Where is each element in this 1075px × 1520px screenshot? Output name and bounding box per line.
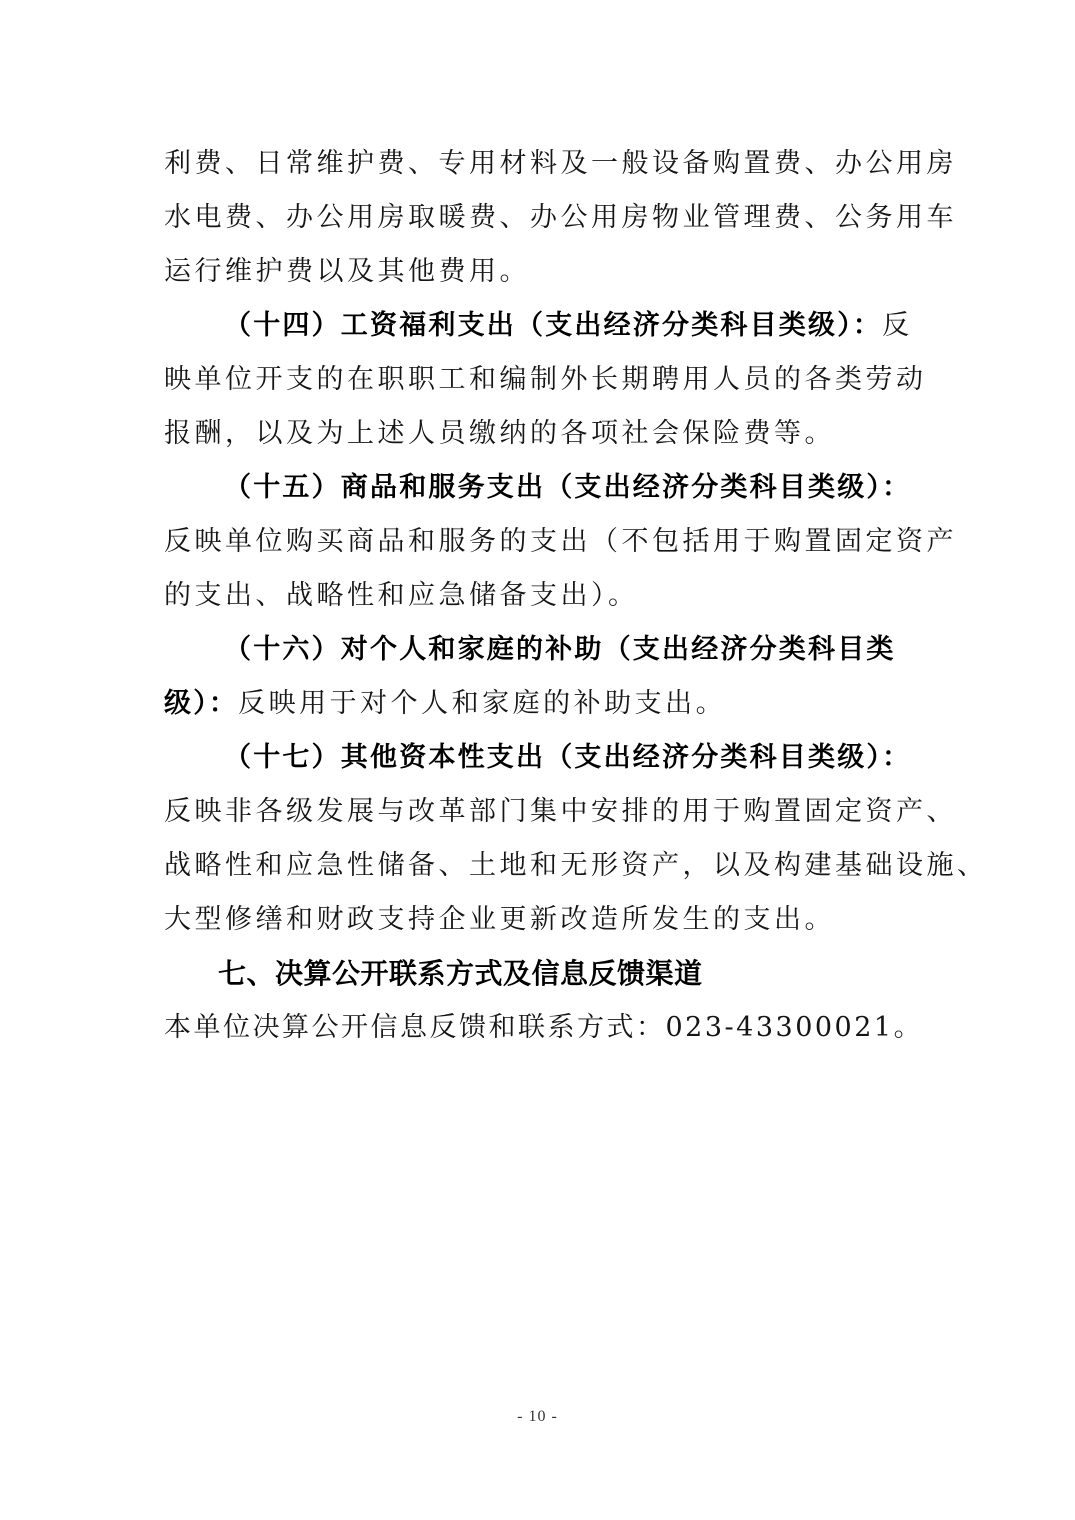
paragraph-line: 运行维护费以及其他费用。	[164, 254, 530, 290]
document-page: 利费、日常维护费、专用材料及一般设备购置费、办公用房 水电费、办公用房取暖费、办…	[0, 0, 1075, 1520]
item-15-title: （十五）商品和服务支出（支出经济分类科目类级）：	[224, 470, 911, 506]
section-heading: 七、决算公开联系方式及信息反馈渠道	[218, 956, 703, 992]
item-14-body-line: 映单位开支的在职职工和编制外长期聘用人员的各类劳动	[164, 362, 927, 398]
item-17-title: （十七）其他资本性支出（支出经济分类科目类级）：	[224, 740, 911, 776]
page-number: - 10 -	[0, 1408, 1075, 1426]
item-14-title: （十四）工资福利支出（支出经济分类科目类级）：	[224, 310, 882, 341]
item-16-title-tail: 级）：	[164, 688, 238, 719]
item-16-title: （十六）对个人和家庭的补助（支出经济分类科目类	[224, 632, 896, 668]
item-14-first-line: （十四）工资福利支出（支出经济分类科目类级）：反	[224, 308, 913, 344]
paragraph-line: 利费、日常维护费、专用材料及一般设备购置费、办公用房	[164, 146, 957, 182]
item-15-body-line: 反映单位购买商品和服务的支出（不包括用于购置固定资产	[164, 524, 957, 560]
item-14-body-line: 报酬，以及为上述人员缴纳的各项社会保险费等。	[164, 416, 835, 452]
item-17-body-line: 战略性和应急性储备、土地和无形资产，以及构建基础设施、	[164, 848, 988, 884]
item-16-body: 反映用于对个人和家庭的补助支出。	[238, 688, 726, 719]
item-17-body-line: 大型修缮和财政支持企业更新改造所发生的支出。	[164, 902, 835, 938]
item-14-body-start: 反	[882, 310, 913, 341]
paragraph-line: 水电费、办公用房取暖费、办公用房物业管理费、公务用车	[164, 200, 957, 236]
item-16-second-line: 级）：反映用于对个人和家庭的补助支出。	[164, 686, 726, 722]
item-15-body-line: 的支出、战略性和应急储备支出）。	[164, 578, 639, 614]
contact-info: 本单位决算公开信息反馈和联系方式：023-43300021。	[164, 1010, 923, 1046]
item-17-body-line: 反映非各级发展与改革部门集中安排的用于购置固定资产、	[164, 794, 957, 830]
